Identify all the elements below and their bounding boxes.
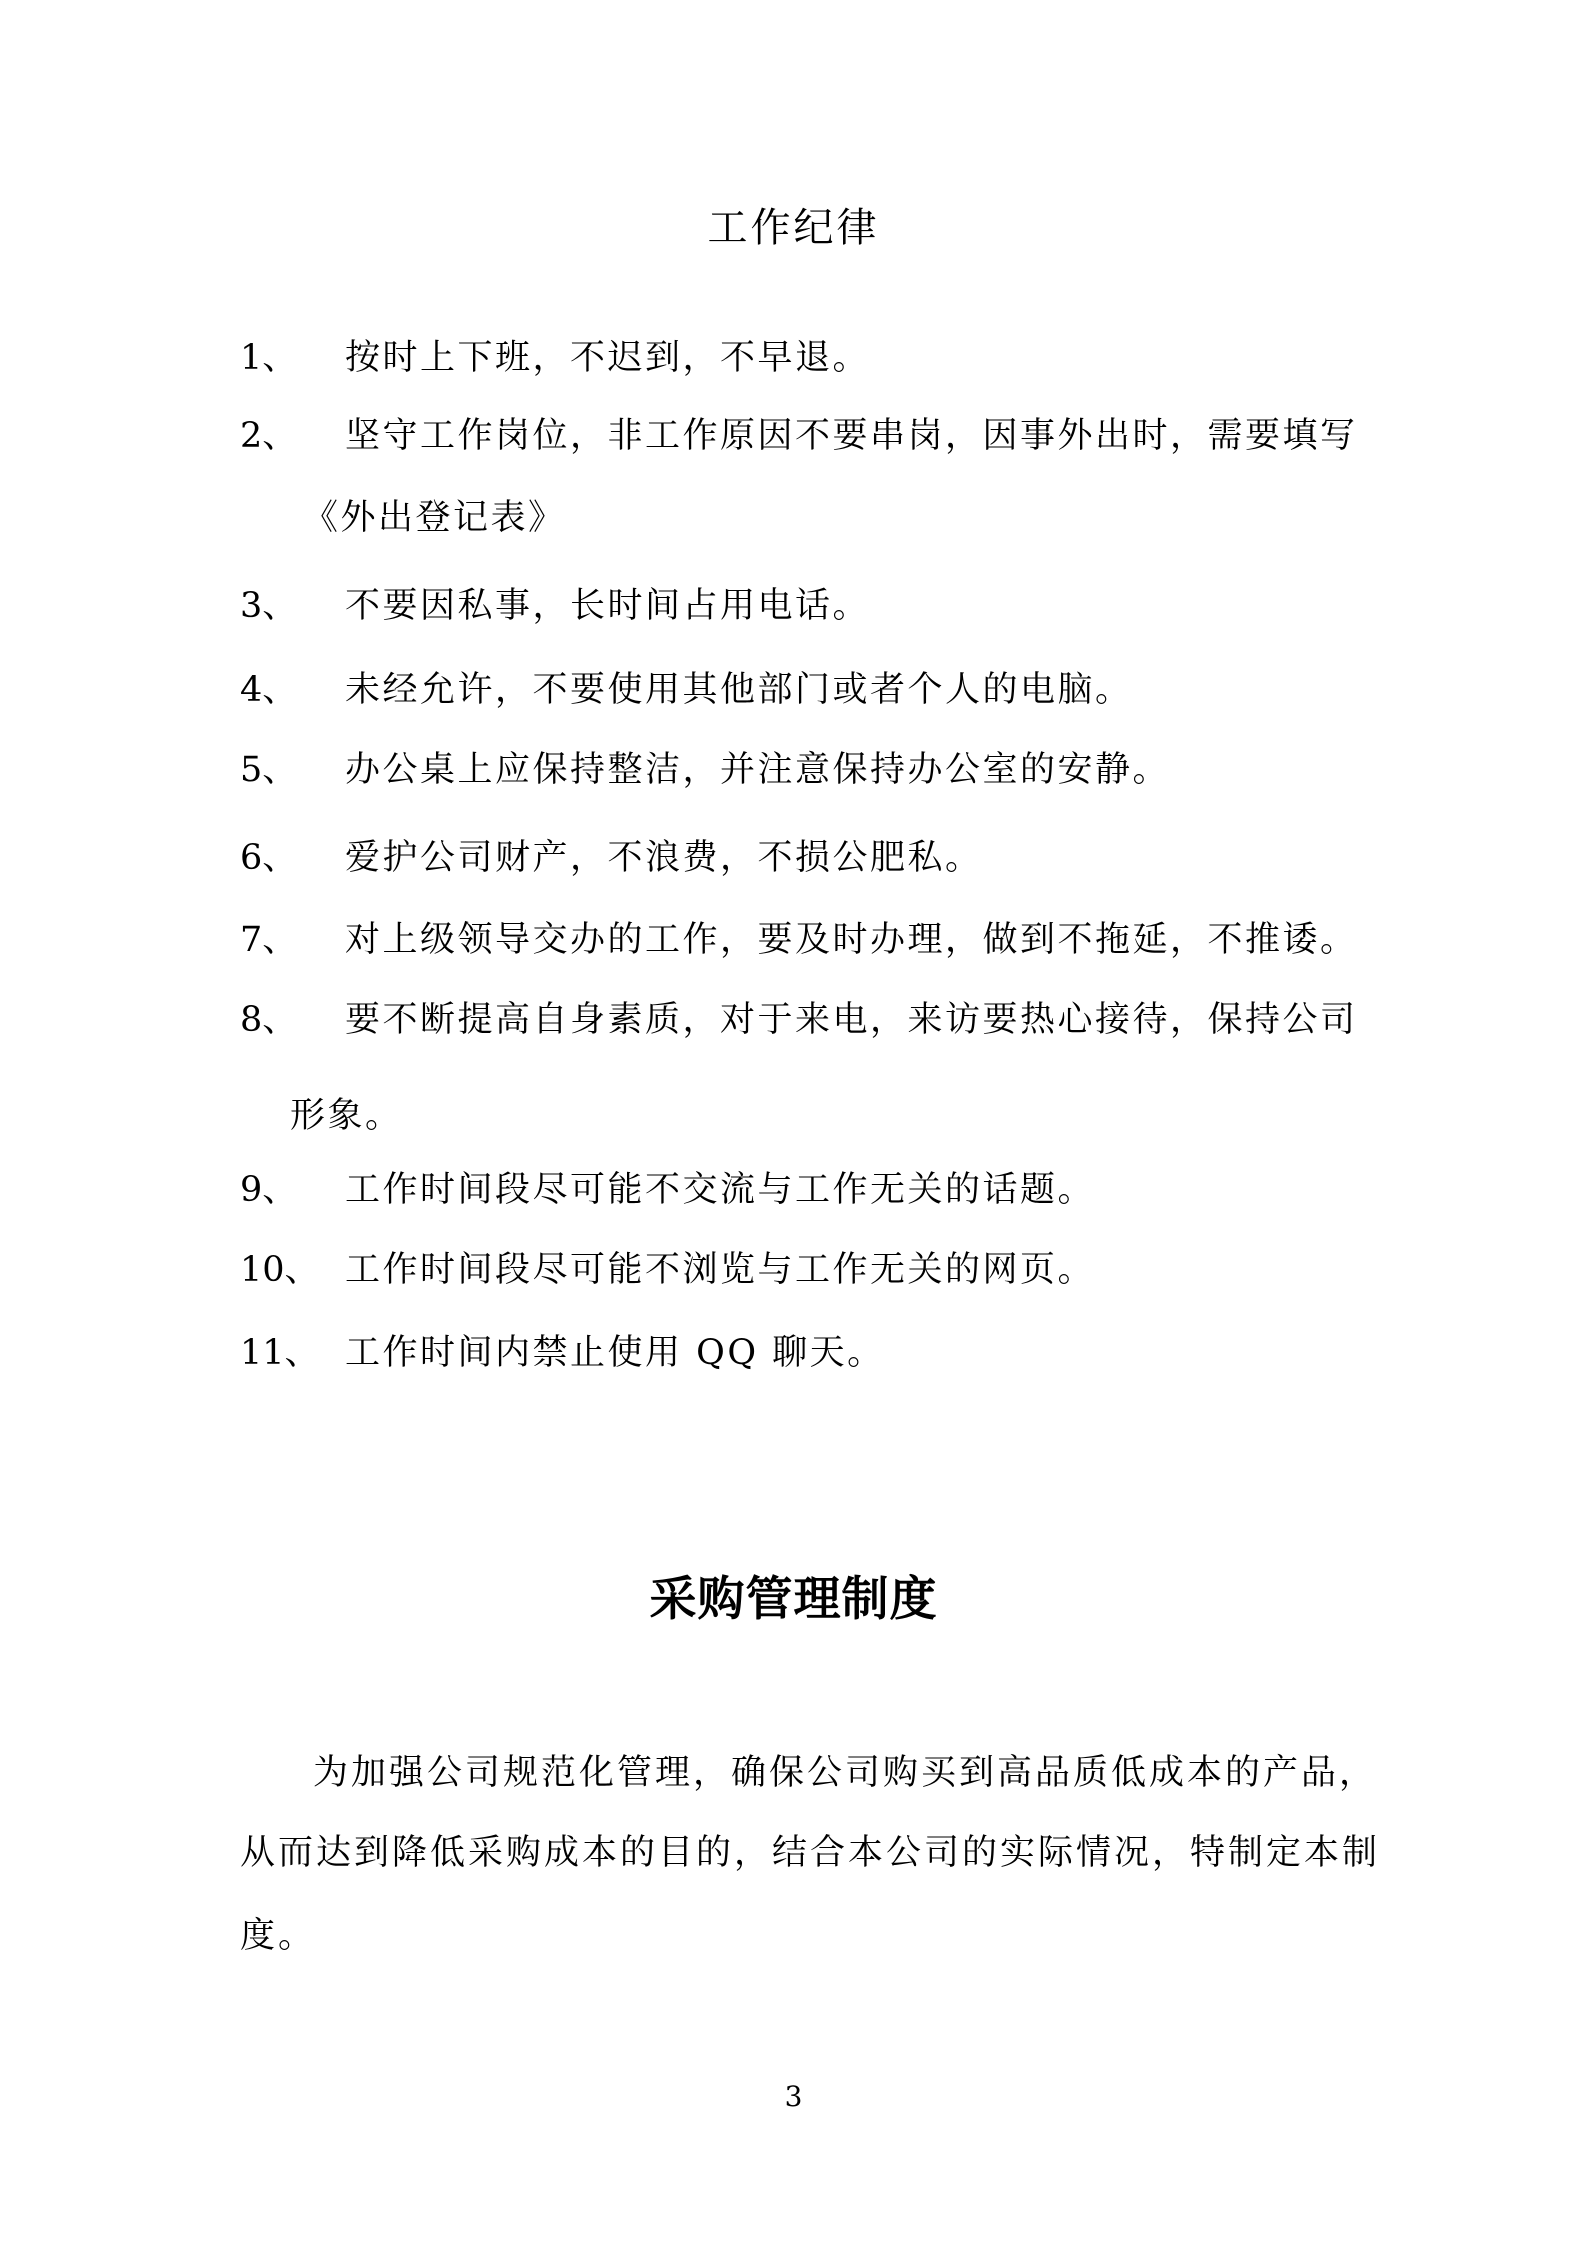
list-item-8-wrap-line: 形象。 [290,1099,403,1134]
list-item-8: 8、要不断提高自身素质，对于来电，来访要热心接待，保持公司 [240,1003,1358,1038]
list-item-10-number: 10、 [240,1253,345,1288]
page-number: 3 [0,2083,1587,2111]
list-item-2-wrap-line: 《外出登记表》 [303,501,566,536]
list-item-3-text: 不要因私事，长时间占用电话。 [345,586,870,626]
list-item-7-number: 7、 [240,923,345,958]
list-item-8-text: 要不断提高自身素质，对于来电，来访要热心接待，保持公司 [345,1000,1358,1040]
document-page: 工作纪律 1、按时上下班，不迟到，不早退。 2、坚守工作岗位，非工作原因不要串岗… [0,0,1587,2245]
list-item-6: 6、爱护公司财产，不浪费，不损公肥私。 [240,841,983,876]
list-item-8-number: 8、 [240,1003,345,1038]
list-item-6-text: 爱护公司财产，不浪费，不损公肥私。 [345,838,983,878]
list-item-7: 7、对上级领导交办的工作，要及时办理，做到不拖延，不推诿。 [240,923,1358,958]
list-item-5-text: 办公桌上应保持整洁，并注意保持办公室的安静。 [345,750,1170,790]
list-item-4: 4、未经允许，不要使用其他部门或者个人的电脑。 [240,673,1133,708]
list-item-3-number: 3、 [240,589,345,624]
list-item-4-text: 未经允许，不要使用其他部门或者个人的电脑。 [345,670,1133,710]
list-item-11-text: 工作时间内禁止使用 QQ 聊天。 [345,1333,885,1373]
list-item-1-number: 1、 [240,341,345,376]
list-item-9: 9、工作时间段尽可能不交流与工作无关的话题。 [240,1173,1095,1208]
list-item-10: 10、工作时间段尽可能不浏览与工作无关的网页。 [240,1253,1095,1288]
list-item-1: 1、按时上下班，不迟到，不早退。 [240,341,870,376]
list-item-2-wrap-text: 《外出登记表》 [303,498,566,538]
list-item-10-text: 工作时间段尽可能不浏览与工作无关的网页。 [345,1250,1095,1290]
list-item-11-number: 11、 [240,1336,345,1371]
paragraph-line-1: 为加强公司规范化管理，确保公司购买到高品质低成本的产品， [313,1756,1377,1791]
list-item-11: 11、工作时间内禁止使用 QQ 聊天。 [240,1336,885,1371]
section2-title: 采购管理制度 [0,1576,1587,1623]
section1-title: 工作纪律 [0,208,1587,248]
list-item-2-number: 2、 [240,419,345,454]
list-item-1-text: 按时上下班，不迟到，不早退。 [345,338,870,378]
paragraph-line-3: 度。 [240,1919,316,1954]
list-item-5-number: 5、 [240,753,345,788]
list-item-8-wrap-text: 形象。 [290,1096,403,1136]
list-item-4-number: 4、 [240,673,345,708]
list-item-3: 3、不要因私事，长时间占用电话。 [240,589,870,624]
list-item-5: 5、办公桌上应保持整洁，并注意保持办公室的安静。 [240,753,1170,788]
list-item-2-text: 坚守工作岗位，非工作原因不要串岗，因事外出时，需要填写 [345,416,1358,456]
paragraph-line-2: 从而达到降低采购成本的目的，结合本公司的实际情况，特制定本制 [240,1836,1380,1871]
list-item-6-number: 6、 [240,841,345,876]
list-item-7-text: 对上级领导交办的工作，要及时办理，做到不拖延，不推诿。 [345,920,1358,960]
list-item-9-number: 9、 [240,1173,345,1208]
list-item-2: 2、坚守工作岗位，非工作原因不要串岗，因事外出时，需要填写 [240,419,1358,454]
list-item-9-text: 工作时间段尽可能不交流与工作无关的话题。 [345,1170,1095,1210]
